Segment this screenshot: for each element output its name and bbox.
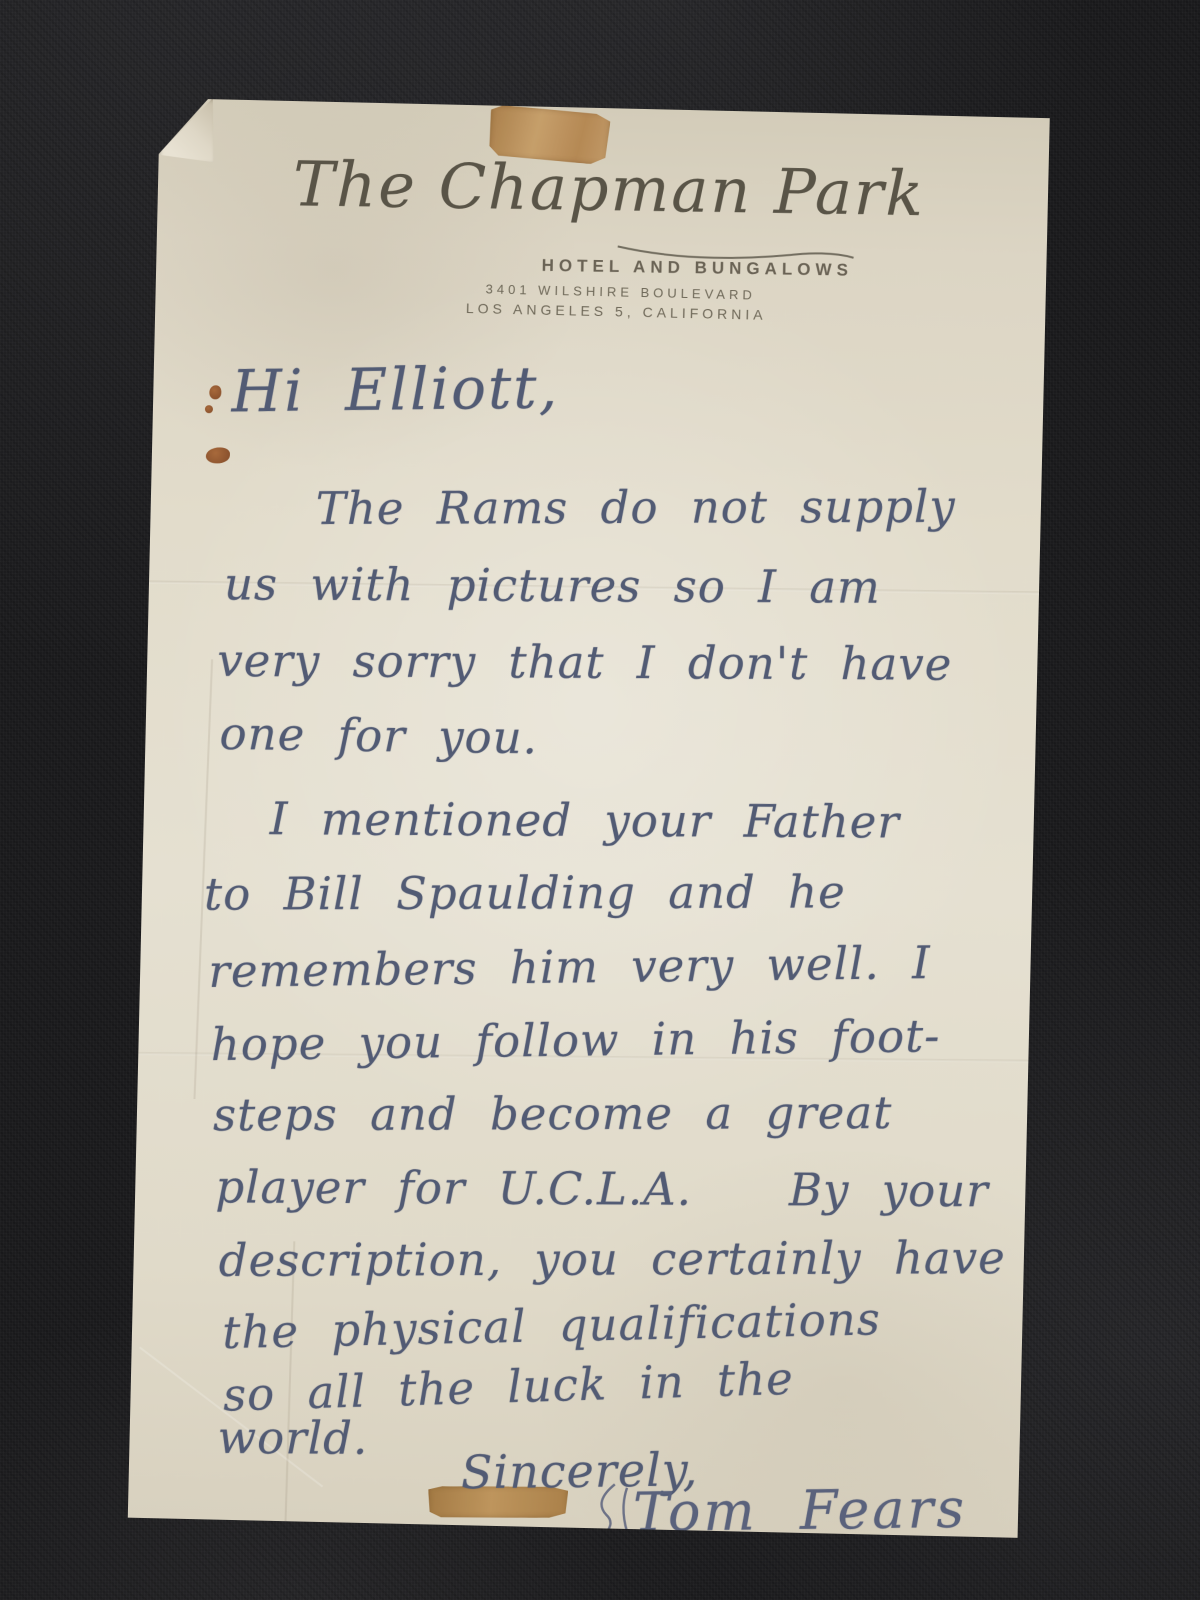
letterhead-script-name: The Chapman Park [164, 145, 1055, 232]
body-line: world. [217, 1411, 368, 1465]
stain-dot [209, 385, 221, 399]
letter-paper: The Chapman Park HOTEL AND BUNGALOWS 340… [128, 98, 1050, 1538]
stain-blob [206, 447, 230, 464]
body-line: very sorry that I don't have [217, 634, 952, 691]
body-line: the physical qualifications [222, 1292, 882, 1359]
body-line: remembers him very well. I [208, 936, 931, 998]
body-line: steps and become a great [213, 1086, 892, 1141]
salutation: Hi Elliott, [231, 353, 559, 425]
body-line: to Bill Spaulding and he [204, 865, 846, 920]
body-line: player for U.C.L.A. By your [215, 1160, 989, 1217]
photo-stage: The Chapman Park HOTEL AND BUNGALOWS 340… [0, 0, 1200, 1600]
body-line: one for you. [219, 707, 538, 764]
body-line: description, you certainly have [219, 1231, 1006, 1287]
body-line: hope you follow in his foot- [210, 1009, 940, 1071]
body-line: I mentioned your Father [270, 792, 900, 848]
stain-dot [205, 405, 213, 413]
body-line: The Rams do not supply [316, 480, 956, 535]
body-line: us with pictures so I am [224, 557, 881, 613]
letterhead: The Chapman Park HOTEL AND BUNGALOWS 340… [155, 98, 1050, 358]
